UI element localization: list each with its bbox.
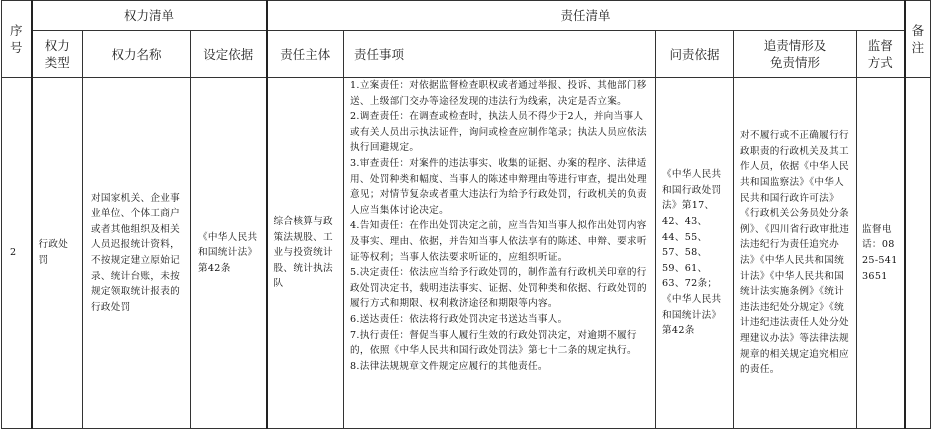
- duty-item: 1.立案责任：对依据监督检查职权或者通过举报、投诉、其他部门移送、上级部门交办等…: [350, 78, 649, 109]
- cell-duties: 1.立案责任：对依据监督检查职权或者通过举报、投诉、其他部门移送、上级部门交办等…: [344, 78, 656, 429]
- duty-item: 8.法律法规规章文件规定应履行的其他责任。: [350, 359, 649, 375]
- header-basis: 设定依据: [191, 31, 267, 78]
- cell-seq: 2: [2, 78, 32, 429]
- header-liability-cases: 追责情形及免责情形: [734, 31, 857, 78]
- cell-liability-cases: 对不履行或不正确履行行政职责的行政机关及其工作人员，依据《中华人民共和国监察法》…: [734, 78, 857, 429]
- header-power-name: 权力名称: [83, 31, 191, 78]
- duty-item: 4.告知责任：在作出处罚决定之前，应当告知当事人拟作出处罚内容及事实、理由、依据…: [350, 218, 649, 265]
- cell-remarks: [905, 78, 931, 429]
- header-remarks: 备注: [905, 1, 931, 78]
- duty-item: 3.审查责任：对案件的违法事实、收集的证据、办案的程序、法律适用、处罚种类和幅度…: [350, 156, 649, 218]
- header-seq: 序号: [2, 1, 32, 78]
- cell-accountability-basis: 《中华人民共和国行政处罚法》第17、42、43、44、55、57、58、59、6…: [656, 78, 734, 429]
- table-row: 2 行政处罚 对国家机关、企业事业单位、个体工商户或者其他组织及相关人员迟报统计…: [2, 78, 931, 429]
- cell-basis: 《中华人民共和国统计法》第42条: [191, 78, 267, 429]
- header-power-type: 权力类型: [32, 31, 83, 78]
- cell-power-name: 对国家机关、企业事业单位、个体工商户或者其他组织及相关人员迟报统计资料，不按规定…: [83, 78, 191, 429]
- duty-item: 5.决定责任：依法应当给予行政处罚的，制作盖有行政机关印章的行政处罚决定书，载明…: [350, 265, 649, 312]
- header-accountability-basis: 问责依据: [656, 31, 734, 78]
- header-responsibility-list: 责任清单: [267, 1, 905, 31]
- cell-subject: 综合核算与政策法规股、工业与投资统计股、统计执法队: [267, 78, 344, 429]
- header-subject: 责任主体: [267, 31, 344, 78]
- header-duties: 责任事项: [344, 31, 656, 78]
- duty-item: 2.调查责任：在调查或检查时，执法人员不得少于2人，并向当事人或有关人员出示执法…: [350, 109, 649, 156]
- duty-item: 7.执行责任：督促当事人履行生效的行政处罚决定，对逾期不履行的，依照《中华人民共…: [350, 328, 649, 359]
- cell-power-type: 行政处罚: [32, 78, 83, 429]
- header-power-list: 权力清单: [32, 1, 267, 31]
- duty-item: 6.送达责任：依法将行政处罚决定书送达当事人。: [350, 312, 649, 328]
- power-responsibility-table: 序号 权力清单 责任清单 备注 权力类型 权力名称 设定依据 责任主体 责任事项…: [1, 0, 931, 429]
- cell-supervision: 监督电话：0825-5413651: [857, 78, 905, 429]
- header-supervision: 监督方式: [857, 31, 905, 78]
